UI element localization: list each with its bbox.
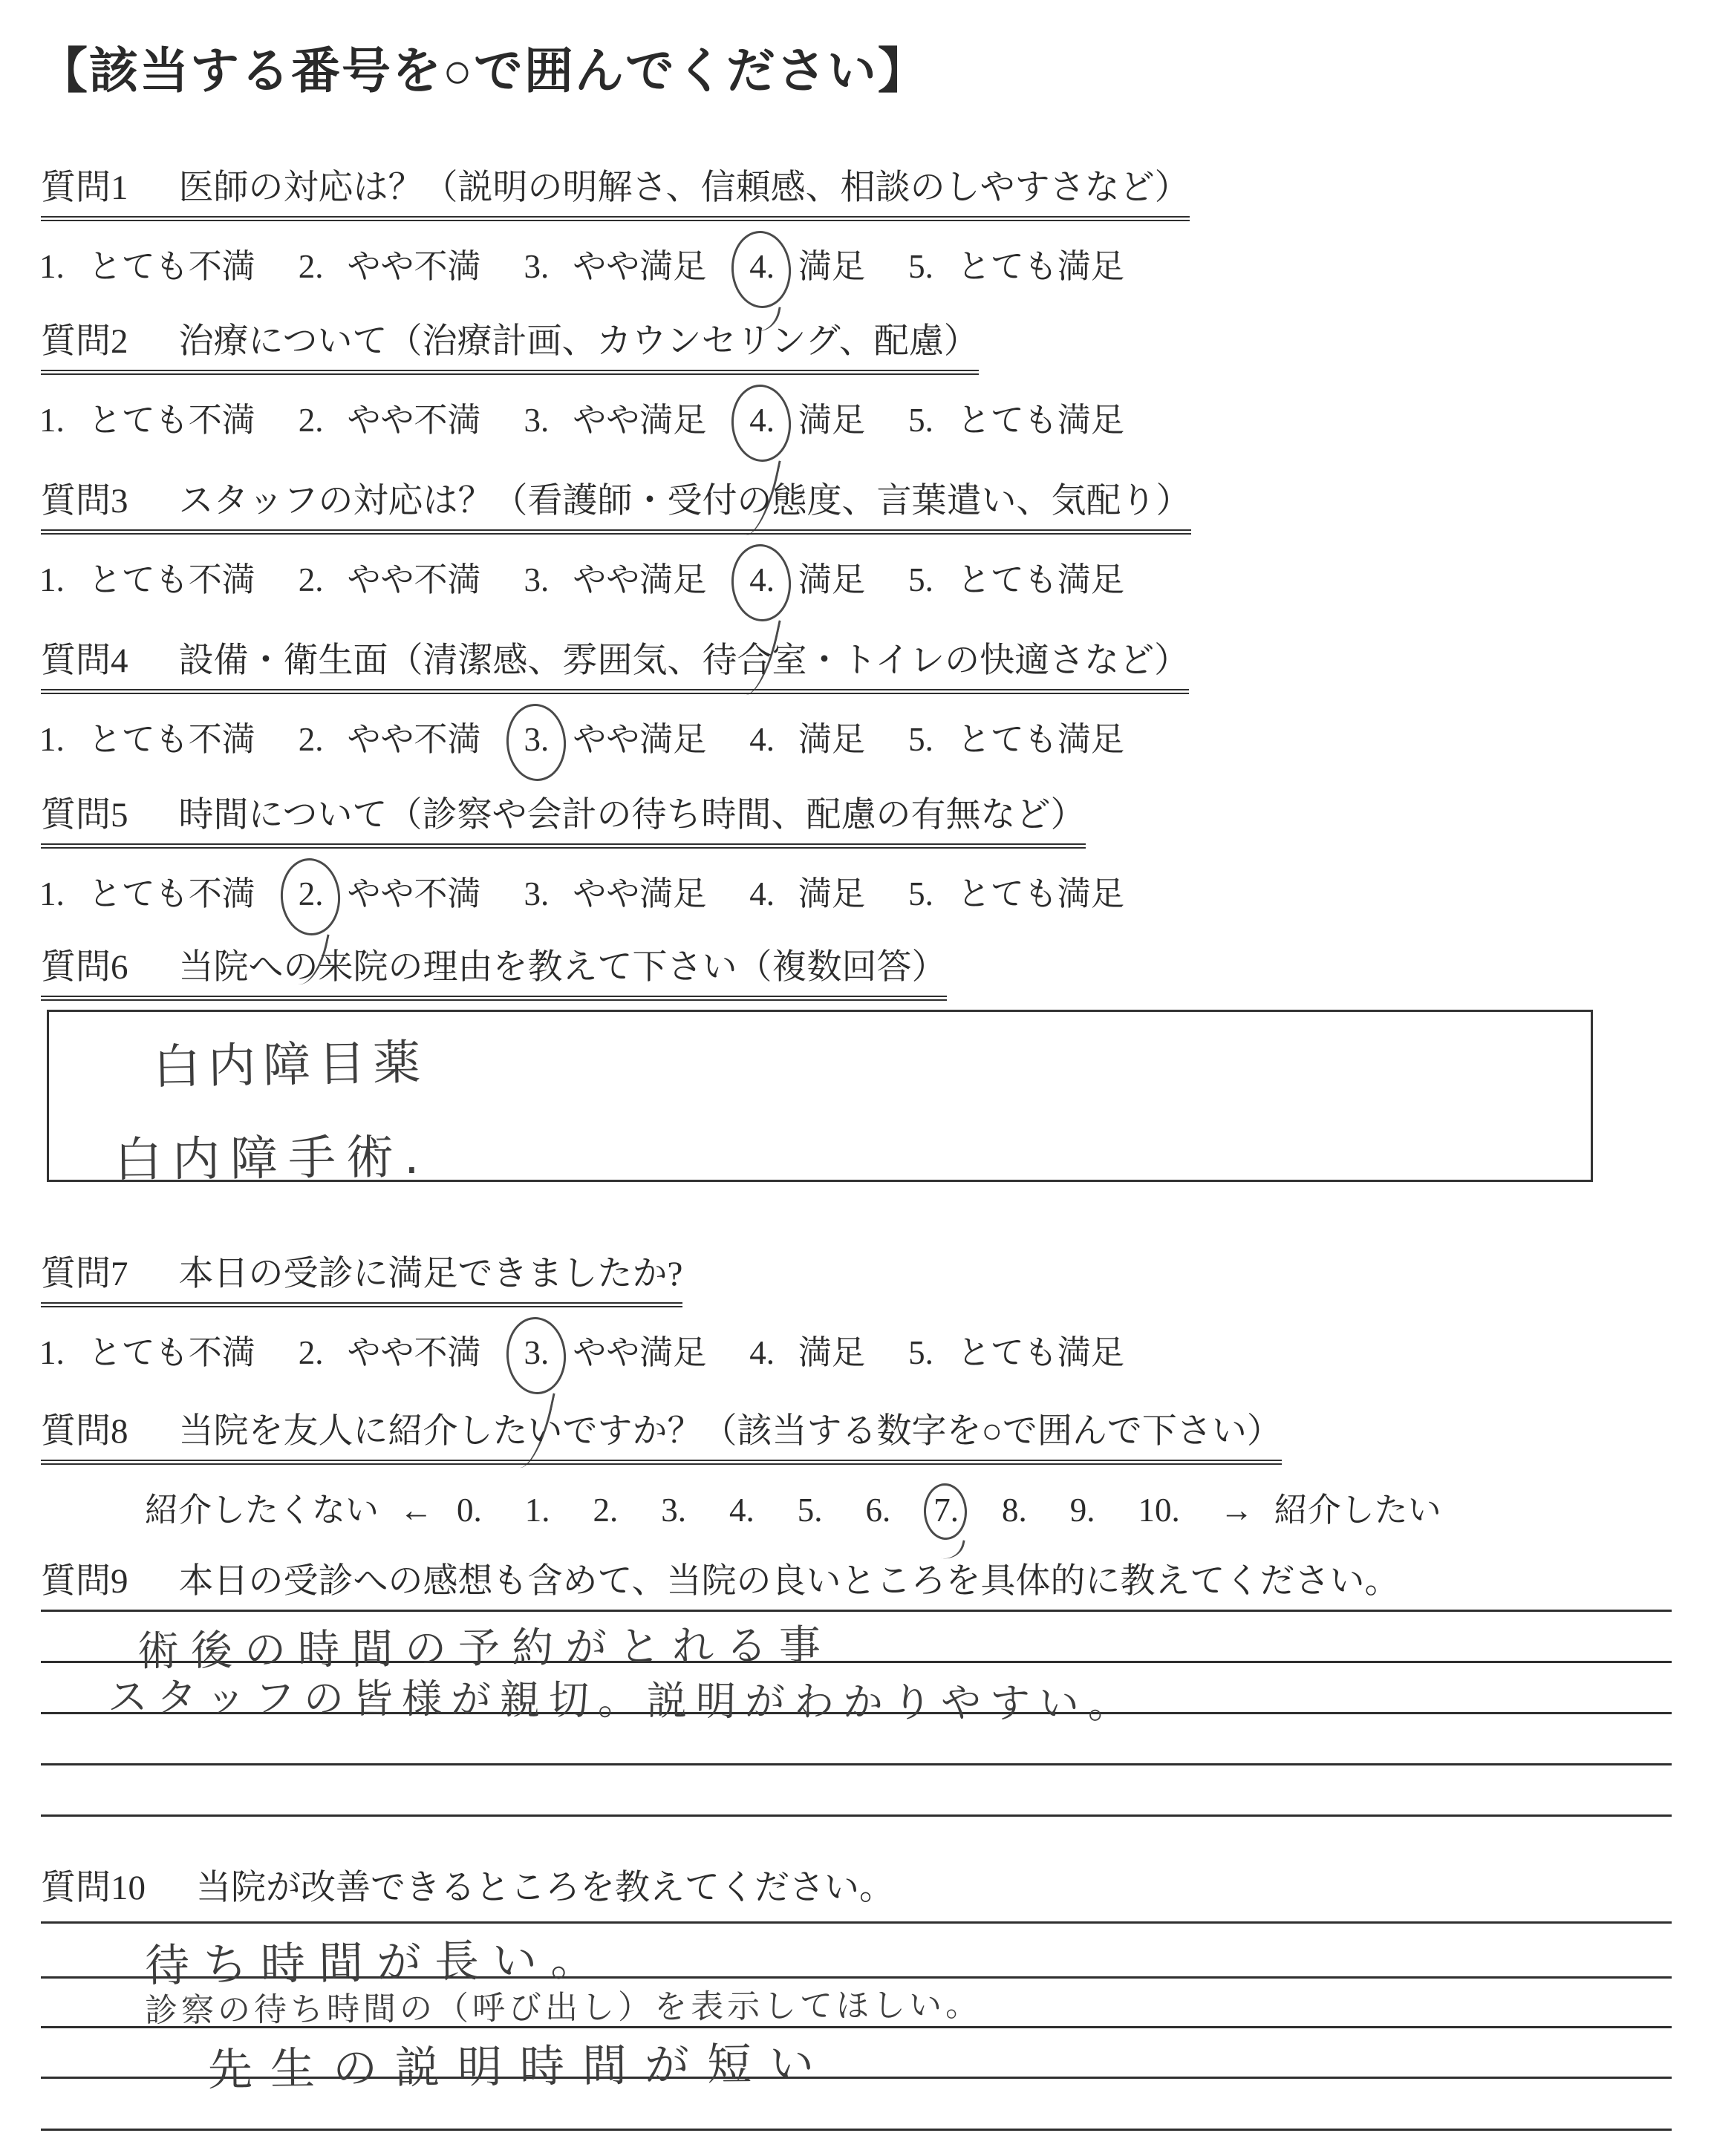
question-4-label: 質問4	[41, 641, 128, 680]
scale-option-number: 2.	[296, 247, 327, 286]
scale-option: 4.満足	[746, 393, 865, 441]
question-8-heading: 質問8当院を友人に紹介したいですか？（該当する数字を○で囲んで下さい）	[41, 1403, 1282, 1465]
scale-option: 3.やや満足	[521, 552, 707, 601]
right-arrow-icon: →	[1220, 1491, 1254, 1529]
answer-line-rule	[41, 1921, 1672, 1924]
question-3-label: 質問3	[41, 482, 128, 520]
question-5-scale: 1.とても不満 2.やや不満 3.やや満足 4.満足 5.とても満足	[36, 866, 1164, 915]
question-6-text: 当院への来院の理由を教えて下さい（複数回答）	[179, 948, 947, 987]
scale-option-number: 1.	[36, 401, 68, 440]
scale-option-number: 2.	[296, 401, 327, 440]
scale-option-label: とても不満	[88, 552, 255, 601]
scale-option: 3.やや満足	[521, 866, 707, 915]
question-2-heading: 質問2治療について（治療計画、カウンセリング、配慮）	[41, 313, 979, 375]
page-title: 【該当する番号を○で囲んでください】	[39, 31, 928, 102]
question-4: 質問4設備・衛生面（清潔感、雰囲気、待合室・トイレの快適さなど） 1.とても不満…	[41, 633, 1189, 760]
handwritten-answer: 診察の待ち時間の（呼び出し）を表示してほしい。	[145, 1978, 982, 2031]
scale-option: 4.満足	[746, 712, 865, 760]
scale-option-number: 3.	[521, 247, 553, 286]
question-5: 質問5時間について（診察や会計の待ち時間、配慮の有無など） 1.とても不満 2.…	[41, 787, 1164, 915]
scale-option-number: 3.	[521, 720, 553, 759]
scale-option: 2.やや不満	[296, 393, 481, 441]
question-8-text: 当院を友人に紹介したいですか？（該当する数字を○で囲んで下さい）	[179, 1412, 1282, 1451]
question-8: 質問8当院を友人に紹介したいですか？（該当する数字を○で囲んで下さい） 紹介した…	[41, 1403, 1441, 1531]
nps-number: 7.	[931, 1491, 962, 1529]
question-8-label: 質問8	[41, 1412, 128, 1451]
scale-option-number: 1.	[36, 1333, 68, 1372]
question-9: 質問9本日の受診への感想も含めて、当院の良いところを具体的に教えてください。	[41, 1553, 1400, 1603]
scale-option-label: やや不満	[348, 239, 481, 287]
scale-option: 1.とても不満	[36, 866, 255, 915]
scale-option-label: とても不満	[88, 1325, 255, 1373]
nps-number: 4.	[726, 1491, 757, 1529]
scale-option: 4.満足	[746, 552, 865, 601]
scale-option-label: とても不満	[88, 866, 255, 915]
scale-option: 4.満足	[746, 239, 865, 287]
nps-number: 5.	[795, 1491, 826, 1529]
question-5-label: 質問5	[41, 796, 128, 834]
scale-option-number: 1.	[36, 247, 68, 286]
scale-option: 3.やや満足	[521, 712, 707, 760]
scale-option: 2.やや不満	[296, 866, 481, 915]
question-9-label: 質問9	[41, 1562, 128, 1601]
scale-option: 3.やや満足	[521, 239, 707, 287]
scale-option-label: やや満足	[573, 239, 706, 287]
scale-option: 2.やや不満	[296, 552, 481, 601]
question-5-text: 時間について（診察や会計の待ち時間、配慮の有無など）	[179, 796, 1086, 834]
answer-line-rule	[41, 1763, 1672, 1765]
answer-line-rule	[41, 1610, 1672, 1612]
question-4-heading: 質問4設備・衛生面（清潔感、雰囲気、待合室・トイレの快適さなど）	[41, 633, 1189, 694]
question-5-heading: 質問5時間について（診察や会計の待ち時間、配慮の有無など）	[41, 787, 1086, 849]
scale-option: 2.やや不満	[296, 712, 481, 760]
survey-page: 【該当する番号を○で囲んでください】 質問1医師の対応は？（説明の明解さ、信頼感…	[0, 0, 1711, 2156]
scale-option: 5.とても満足	[905, 1325, 1124, 1373]
scale-option-number: 5.	[905, 247, 936, 286]
scale-option: 1.とても不満	[36, 552, 255, 601]
scale-option: 2.やや不満	[296, 239, 481, 287]
scale-option-number: 5.	[905, 401, 936, 440]
nps-number: 10.	[1135, 1491, 1183, 1529]
scale-option: 1.とても不満	[36, 393, 255, 441]
scale-option-number: 4.	[746, 875, 778, 913]
scale-option-label: 満足	[798, 712, 865, 760]
scale-option-number: 2.	[296, 720, 327, 759]
scale-option-number: 3.	[521, 401, 553, 440]
scale-option-label: やや不満	[348, 1325, 481, 1373]
scale-option-label: 満足	[798, 393, 865, 441]
scale-option: 5.とても満足	[905, 239, 1124, 287]
scale-option-number: 4.	[746, 401, 778, 440]
scale-option-label: とても満足	[957, 712, 1124, 760]
scale-option-label: やや不満	[348, 393, 481, 441]
question-6-label: 質問6	[41, 948, 128, 987]
scale-option-number: 3.	[521, 1333, 553, 1372]
scale-option: 4.満足	[746, 1325, 865, 1373]
scale-option-label: とても満足	[957, 866, 1124, 915]
nps-number: 1.	[522, 1491, 553, 1529]
scale-option: 5.とても満足	[905, 552, 1124, 601]
question-4-scale: 1.とても不満 2.やや不満 3.やや満足 4.満足 5.とても満足	[36, 712, 1189, 760]
question-4-text: 設備・衛生面（清潔感、雰囲気、待合室・トイレの快適さなど）	[179, 641, 1190, 680]
scale-option: 1.とても不満	[36, 712, 255, 760]
scale-option-label: とても満足	[957, 552, 1124, 601]
scale-option-number: 2.	[296, 561, 327, 599]
question-2-label: 質問2	[41, 322, 128, 361]
handwritten-answer: 先生の説明時間が短い	[208, 2028, 832, 2099]
question-2: 質問2治療について（治療計画、カウンセリング、配慮） 1.とても不満 2.やや不…	[41, 313, 1164, 441]
scale-option: 1.とても不満	[36, 239, 255, 287]
scale-option-number: 5.	[905, 1333, 936, 1372]
nps-number: 8.	[999, 1491, 1030, 1529]
question-9-heading: 質問9本日の受診への感想も含めて、当院の良いところを具体的に教えてください。	[41, 1553, 1400, 1603]
question-3: 質問3スタッフの対応は？（看護師・受付の態度、言葉遣い、気配り） 1.とても不満…	[41, 473, 1191, 601]
question-2-text: 治療について（治療計画、カウンセリング、配慮）	[179, 322, 979, 361]
question-3-text: スタッフの対応は？（看護師・受付の態度、言葉遣い、気配り）	[179, 482, 1191, 520]
scale-option-label: 満足	[798, 239, 865, 287]
scale-option-label: やや不満	[348, 712, 481, 760]
question-1: 質問1医師の対応は？（説明の明解さ、信頼感、相談のしやすさなど） 1.とても不満…	[41, 160, 1190, 287]
nps-number: 2.	[590, 1491, 622, 1529]
question-10: 質問10当院が改善できるところを教えてください。	[41, 1860, 894, 1910]
scale-option-number: 1.	[36, 561, 68, 599]
scale-option-number: 4.	[746, 1333, 778, 1372]
scale-option-label: とても満足	[957, 393, 1124, 441]
nps-number: 3.	[658, 1491, 689, 1529]
scale-option-number: 1.	[36, 875, 68, 913]
question-7-label: 質問7	[41, 1255, 128, 1293]
scale-option-label: やや満足	[573, 1325, 706, 1373]
question-10-label: 質問10	[41, 1869, 146, 1907]
scale-option-label: やや満足	[573, 552, 706, 601]
scale-option-number: 4.	[746, 561, 778, 599]
scale-option-number: 5.	[905, 561, 936, 599]
question-3-heading: 質問3スタッフの対応は？（看護師・受付の態度、言葉遣い、気配り）	[41, 473, 1191, 535]
question-1-heading: 質問1医師の対応は？（説明の明解さ、信頼感、相談のしやすさなど）	[41, 160, 1190, 221]
scale-option: 5.とても満足	[905, 393, 1124, 441]
scale-option-label: とても不満	[88, 393, 255, 441]
scale-option-number: 4.	[746, 720, 778, 759]
handwritten-answer: スタッフの皆様が親切。説明がわかりやすい。	[108, 1665, 1138, 1730]
answer-line-rule	[41, 1814, 1672, 1817]
scale-option-number: 4.	[746, 247, 778, 286]
question-6: 質問6当院への来院の理由を教えて下さい（複数回答）	[41, 939, 947, 1001]
scale-option-number: 1.	[36, 720, 68, 759]
question-2-scale: 1.とても不満 2.やや不満 3.やや満足 4.満足 5.とても満足	[36, 393, 1164, 441]
scale-option-label: とても不満	[88, 712, 255, 760]
left-arrow-icon: ←	[400, 1491, 433, 1529]
scale-option: 1.とても不満	[36, 1325, 255, 1373]
question-10-text: 当院が改善できるところを教えてください。	[196, 1869, 894, 1907]
question-9-text: 本日の受診への感想も含めて、当院の良いところを具体的に教えてください。	[179, 1562, 1400, 1601]
scale-option-number: 3.	[521, 875, 553, 913]
question-7-text: 本日の受診に満足できましたか?	[179, 1255, 683, 1293]
scale-option-number: 3.	[521, 561, 553, 599]
handwritten-answer: 白内障目薬	[152, 1025, 428, 1097]
scale-option-number: 2.	[296, 875, 327, 913]
question-3-scale: 1.とても不満 2.やや不満 3.やや満足 4.満足 5.とても満足	[36, 552, 1191, 601]
scale-option: 2.やや不満	[296, 1325, 481, 1373]
question-6-answer-box: 白内障目薬 白内障手術.	[47, 1010, 1593, 1182]
scale-option-label: とても満足	[957, 239, 1124, 287]
scale-option-label: とても不満	[88, 239, 255, 287]
question-10-heading: 質問10当院が改善できるところを教えてください。	[41, 1860, 894, 1910]
scale-option-label: 満足	[798, 1325, 865, 1373]
question-1-text: 医師の対応は？（説明の明解さ、信頼感、相談のしやすさなど）	[179, 169, 1190, 207]
scale-option-number: 5.	[905, 875, 936, 913]
nps-number: 9.	[1067, 1491, 1098, 1529]
scale-option-label: やや満足	[573, 393, 706, 441]
question-7: 質問7本日の受診に満足できましたか? 1.とても不満 2.やや不満 3.やや満足…	[41, 1246, 1164, 1373]
question-6-heading: 質問6当院への来院の理由を教えて下さい（複数回答）	[41, 939, 947, 1001]
question-1-scale: 1.とても不満 2.やや不満 3.やや満足 4.満足 5.とても満足	[36, 239, 1190, 287]
scale-option-label: 満足	[798, 552, 865, 601]
nps-right-label: 紹介したい	[1274, 1483, 1441, 1531]
nps-number: 6.	[863, 1491, 894, 1529]
question-8-scale: 紹介したくない ← 0. 1. 2. 3. 4. 5. 6. 7. 8. 9. …	[145, 1483, 1441, 1531]
scale-option: 3.やや満足	[521, 1325, 707, 1373]
scale-option-label: やや不満	[348, 552, 481, 601]
scale-option: 4.満足	[746, 866, 865, 915]
question-7-heading: 質問7本日の受診に満足できましたか?	[41, 1246, 682, 1307]
nps-left-label: 紹介したくない	[145, 1483, 379, 1531]
question-7-scale: 1.とても不満 2.やや不満 3.やや満足 4.満足 5.とても満足	[36, 1325, 1164, 1373]
scale-option: 5.とても満足	[905, 866, 1124, 915]
scale-option-label: 満足	[798, 866, 865, 915]
scale-option-label: やや満足	[573, 866, 706, 915]
scale-option: 3.やや満足	[521, 393, 707, 441]
scale-option-label: やや不満	[348, 866, 481, 915]
scale-option-number: 2.	[296, 1333, 327, 1372]
scale-option-label: とても満足	[957, 1325, 1124, 1373]
handwritten-answer: 白内障手術.	[114, 1119, 430, 1190]
scale-option-label: やや満足	[573, 712, 706, 760]
scale-option-number: 5.	[905, 720, 936, 759]
nps-number: 0.	[454, 1491, 485, 1529]
question-1-label: 質問1	[41, 169, 128, 207]
answer-line-rule	[41, 2129, 1672, 2131]
scale-option: 5.とても満足	[905, 712, 1124, 760]
